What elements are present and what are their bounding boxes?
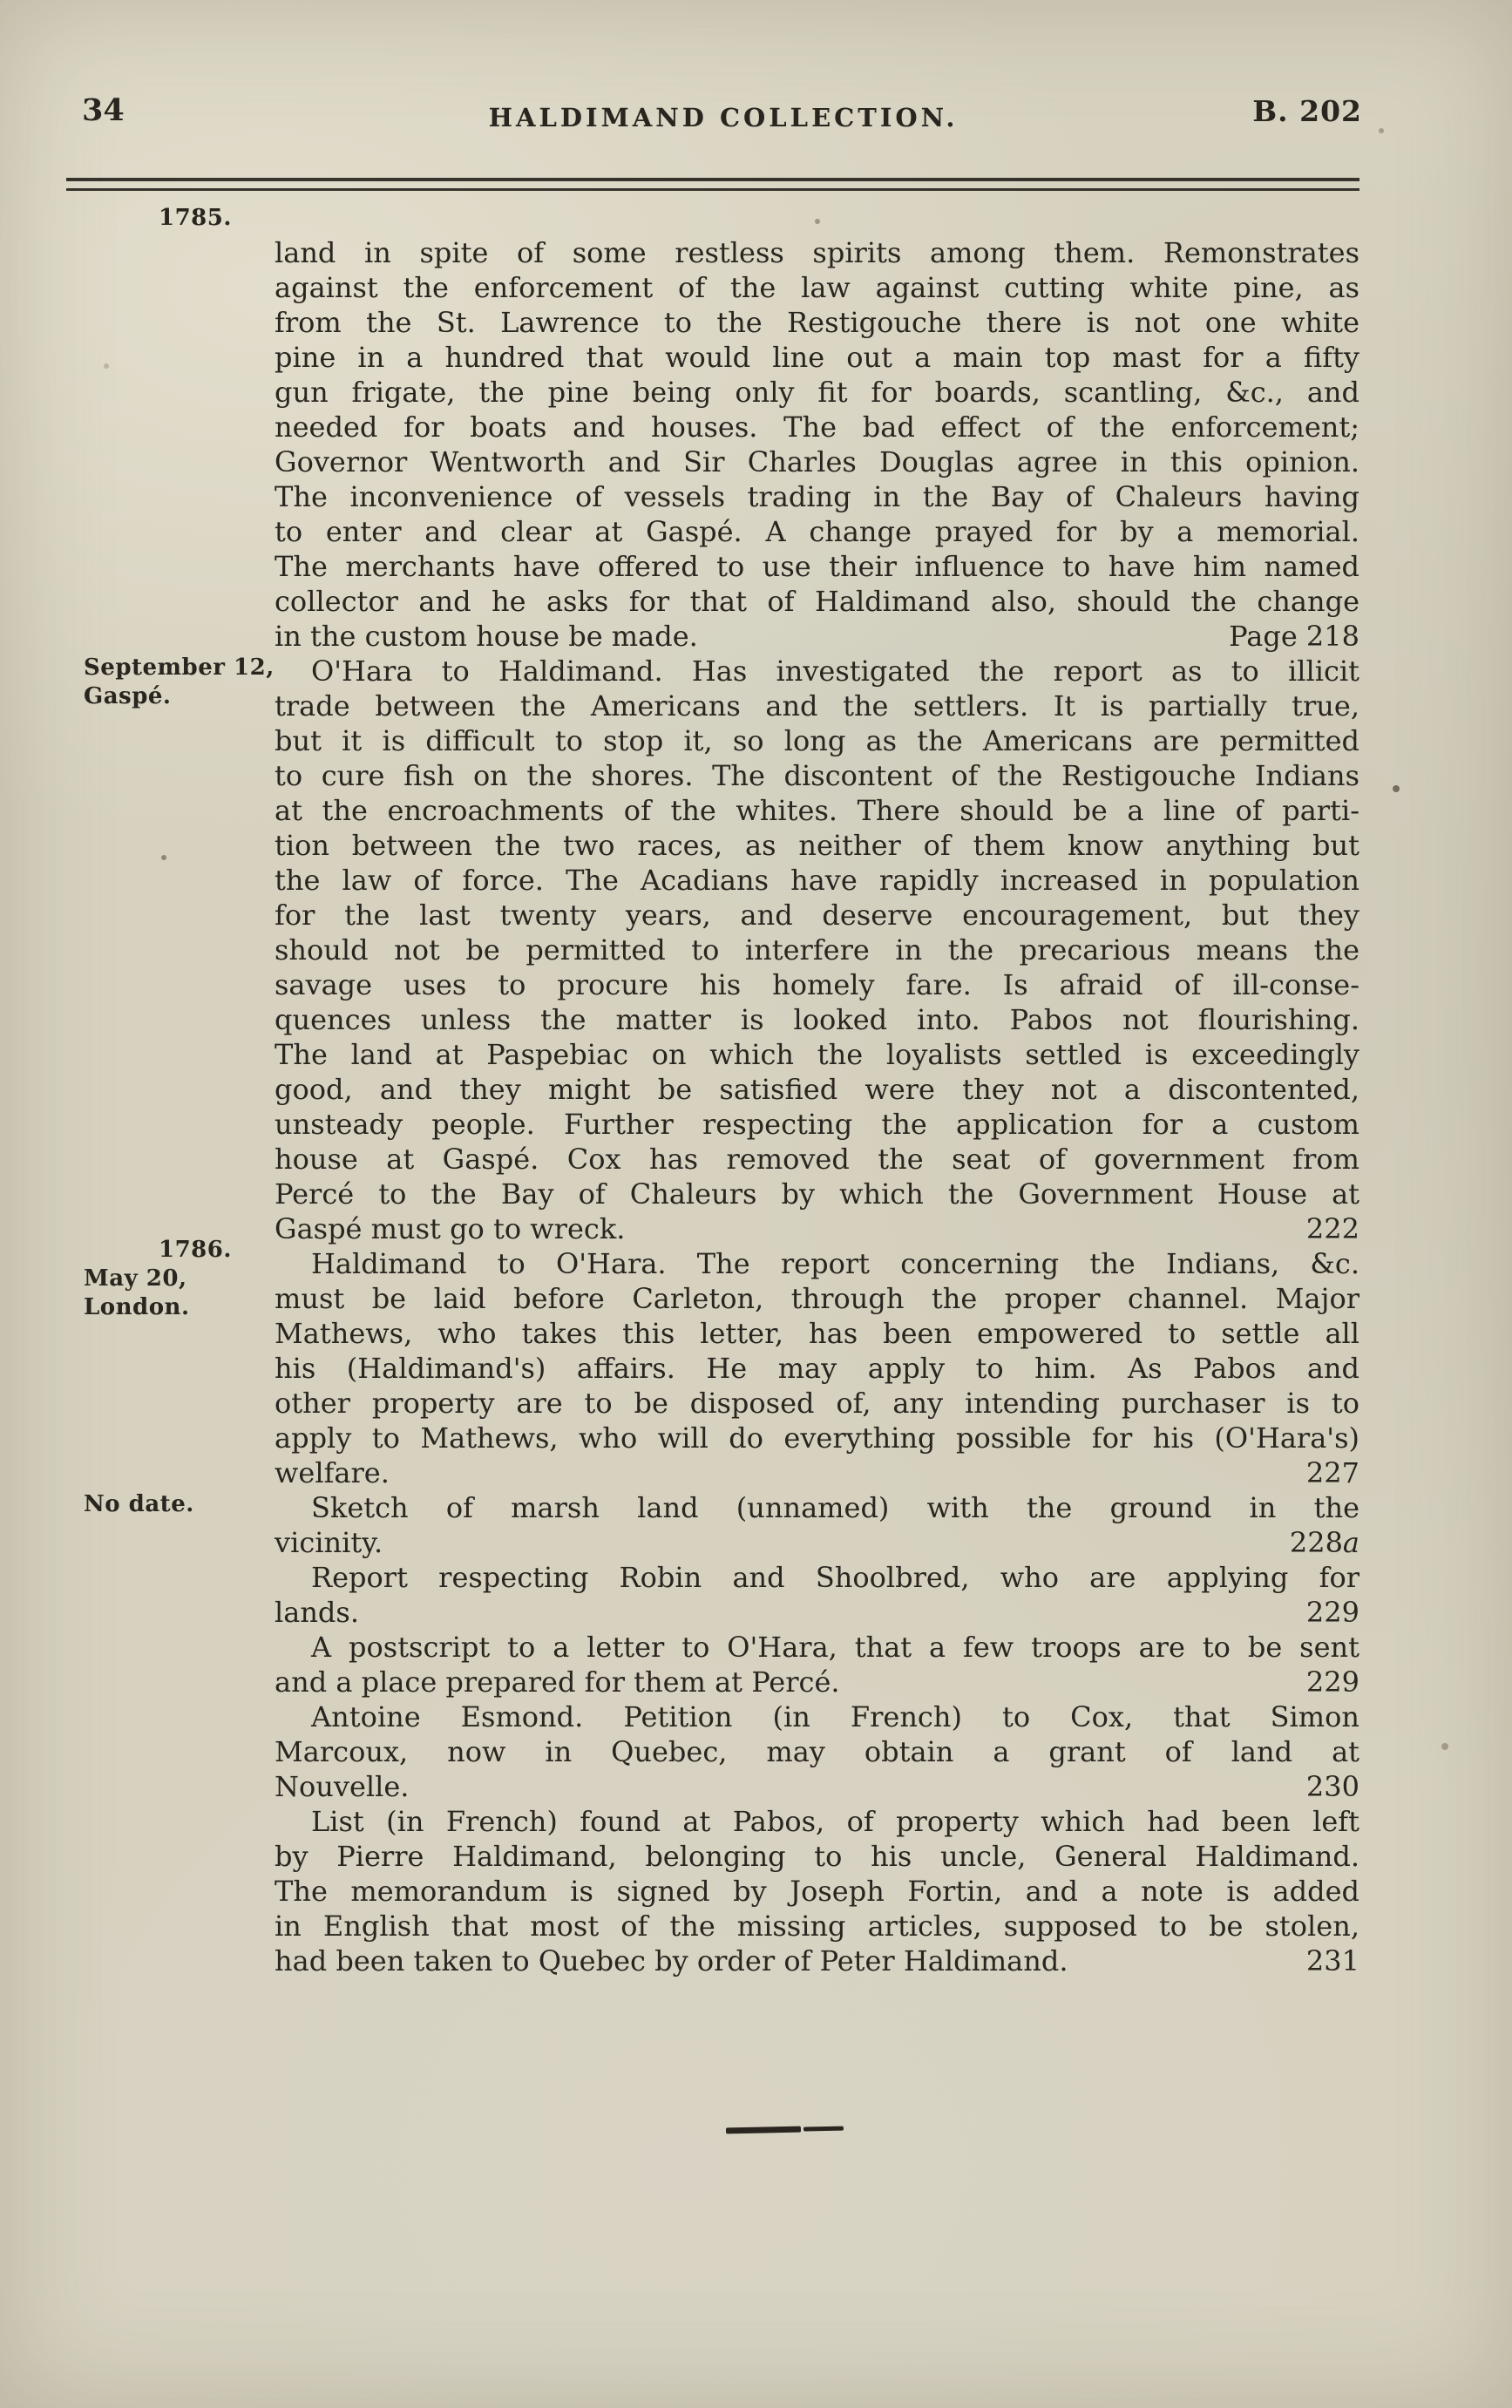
- entry-text: land in spite of some restless spirits a…: [275, 235, 1359, 654]
- end-rule: [726, 2126, 844, 2134]
- text-line: quences unless the matter is looked into…: [275, 1002, 1359, 1037]
- margin-note-line: 1785.: [84, 204, 275, 233]
- margin-note-line: London.: [84, 1293, 275, 1322]
- margin-note: 1785.: [0, 204, 275, 654]
- text-line-last: Gaspé must go to wreck.222: [275, 1211, 1359, 1246]
- text-line: the law of force. The Acadians have rapi…: [275, 863, 1359, 898]
- text-line: against the enforcement of the law again…: [275, 270, 1359, 305]
- text-line: tion between the two races, as neither o…: [275, 828, 1359, 863]
- margin-note: 1786.May 20,London.: [0, 1236, 275, 1490]
- page-ref: 228a: [1264, 1525, 1359, 1560]
- page-ref-number: 227: [1306, 1456, 1359, 1489]
- text-line-last: in the custom house be made.Page 218: [275, 619, 1359, 654]
- text-line: to enter and clear at Gaspé. A change pr…: [275, 514, 1359, 549]
- catalog-entry: No date.Sketch of marsh land (unnamed) w…: [0, 1490, 1359, 1560]
- text-line-tail: in the custom house be made.: [275, 619, 698, 654]
- text-line: unsteady people. Further respecting the …: [275, 1107, 1359, 1142]
- text-line: A postscript to a letter to O'Hara, that…: [275, 1630, 1359, 1665]
- catalog-entry: September 12,Gaspé.O'Hara to Haldimand. …: [0, 654, 1359, 1246]
- text-line: but it is difficult to stop it, so long …: [275, 723, 1359, 758]
- text-line-tail: lands.: [275, 1595, 359, 1630]
- text-line: O'Hara to Haldimand. Has investigated th…: [275, 654, 1359, 688]
- text-line: trade between the Americans and the sett…: [275, 688, 1359, 723]
- text-line: at the encroachments of the whites. Ther…: [275, 793, 1359, 828]
- scan-specks: [0, 0, 3, 3]
- text-line: in English that most of the missing arti…: [275, 1909, 1359, 1943]
- entry-text: Antoine Esmond. Petition (in French) to …: [275, 1699, 1359, 1804]
- text-line-tail: had been taken to Quebec by order of Pet…: [275, 1943, 1068, 1978]
- entry-text: Sketch of marsh land (unnamed) with the …: [275, 1490, 1359, 1560]
- page-number: 34: [82, 92, 125, 128]
- margin-note-line: 1786.: [84, 1236, 275, 1265]
- text-line: The land at Paspebiac on which the loyal…: [275, 1037, 1359, 1072]
- margin-note: [0, 1804, 275, 1978]
- text-line: by Pierre Haldimand, belonging to his un…: [275, 1839, 1359, 1874]
- page-ref-number: 230: [1306, 1770, 1359, 1803]
- text-line: The inconvenience of vessels trading in …: [275, 479, 1359, 514]
- text-line: needed for boats and houses. The bad eff…: [275, 410, 1359, 444]
- catalog-entry: Antoine Esmond. Petition (in French) to …: [0, 1699, 1359, 1804]
- document-page: 34 HALDIMAND COLLECTION. B. 202 1785.lan…: [0, 0, 1512, 2408]
- margin-note: [0, 1560, 275, 1630]
- page-ref: 222: [1280, 1211, 1359, 1246]
- margin-note: [0, 1630, 275, 1699]
- text-line: his (Haldimand's) affairs. He may apply …: [275, 1351, 1359, 1386]
- margin-note-line: No date.: [84, 1490, 275, 1519]
- page-ref: 230: [1280, 1769, 1359, 1804]
- page-ref: 227: [1280, 1455, 1359, 1490]
- text-line: Sketch of marsh land (unnamed) with the …: [275, 1490, 1359, 1525]
- text-line-tail: welfare.: [275, 1455, 390, 1490]
- text-line: collector and he asks for that of Haldim…: [275, 584, 1359, 619]
- page-ref-number: 231: [1306, 1944, 1359, 1977]
- catalog-entry: A postscript to a letter to O'Hara, that…: [0, 1630, 1359, 1699]
- catalog-entry: Report respecting Robin and Shoolbred, w…: [0, 1560, 1359, 1630]
- entry-text: Haldimand to O'Hara. The report concerni…: [275, 1246, 1359, 1490]
- volume-reference: B. 202: [1252, 94, 1362, 128]
- entry-text: O'Hara to Haldimand. Has investigated th…: [275, 654, 1359, 1246]
- page-title: HALDIMAND COLLECTION.: [489, 103, 959, 132]
- margin-note-line: September 12,: [84, 654, 275, 682]
- text-line-tail: Nouvelle.: [275, 1769, 409, 1804]
- margin-note: No date.: [0, 1490, 275, 1560]
- margin-note-line: May 20,: [84, 1265, 275, 1293]
- entry-text: List (in French) found at Pabos, of prop…: [275, 1804, 1359, 1978]
- page-ref-number: Page 218: [1229, 620, 1359, 653]
- text-line: should not be permitted to interfere in …: [275, 933, 1359, 967]
- margin-note-line: Gaspé.: [84, 682, 275, 711]
- text-line: Percé to the Bay of Chaleurs by which th…: [275, 1177, 1359, 1211]
- text-line: Marcoux, now in Quebec, may obtain a gra…: [275, 1734, 1359, 1769]
- text-line: Haldimand to O'Hara. The report concerni…: [275, 1246, 1359, 1281]
- text-line: List (in French) found at Pabos, of prop…: [275, 1804, 1359, 1839]
- text-line-last: and a place prepared for them at Percé.2…: [275, 1665, 1359, 1699]
- text-line-tail: vicinity.: [275, 1525, 383, 1560]
- text-line: apply to Mathews, who will do everything…: [275, 1421, 1359, 1455]
- margin-note: September 12,Gaspé.: [0, 654, 275, 1246]
- page-ref-number: 228: [1290, 1526, 1343, 1559]
- text-line-tail: Gaspé must go to wreck.: [275, 1211, 625, 1246]
- text-line: other property are to be disposed of, an…: [275, 1386, 1359, 1421]
- text-line: The memorandum is signed by Joseph Forti…: [275, 1874, 1359, 1909]
- text-line: from the St. Lawrence to the Restigouche…: [275, 305, 1359, 340]
- text-line: must be laid before Carleton, through th…: [275, 1281, 1359, 1316]
- text-line: house at Gaspé. Cox has removed the seat…: [275, 1142, 1359, 1177]
- page-ref: 231: [1280, 1943, 1359, 1978]
- text-line-tail: and a place prepared for them at Percé.: [275, 1665, 840, 1699]
- page-ref: Page 218: [1203, 619, 1359, 654]
- text-line: Report respecting Robin and Shoolbred, w…: [275, 1560, 1359, 1595]
- text-line: land in spite of some restless spirits a…: [275, 235, 1359, 270]
- text-line-last: lands.229: [275, 1595, 1359, 1630]
- page-ref: 229: [1280, 1665, 1359, 1699]
- text-line-last: vicinity.228a: [275, 1525, 1359, 1560]
- catalog-entry: 1785.land in spite of some restless spir…: [0, 235, 1359, 654]
- text-line: pine in a hundred that would line out a …: [275, 340, 1359, 375]
- text-line: Governor Wentworth and Sir Charles Dougl…: [275, 444, 1359, 479]
- text-line: to cure fish on the shores. The disconte…: [275, 758, 1359, 793]
- page-ref-number: 229: [1306, 1596, 1359, 1629]
- entry-text: A postscript to a letter to O'Hara, that…: [275, 1630, 1359, 1699]
- page-ref-number: 222: [1306, 1212, 1359, 1245]
- text-line: good, and they might be satisfied were t…: [275, 1072, 1359, 1107]
- text-line: The merchants have offered to use their …: [275, 549, 1359, 584]
- text-line: gun frigate, the pine being only fit for…: [275, 375, 1359, 410]
- text-line: Mathews, who takes this letter, has been…: [275, 1316, 1359, 1351]
- entries: 1785.land in spite of some restless spir…: [0, 235, 1359, 1978]
- end-rule-segment: [803, 2127, 844, 2132]
- page-ref-number: 229: [1306, 1665, 1359, 1699]
- text-line-last: had been taken to Quebec by order of Pet…: [275, 1943, 1359, 1978]
- page-ref-suffix: a: [1343, 1526, 1359, 1559]
- text-line: for the last twenty years, and deserve e…: [275, 898, 1359, 933]
- margin-note: [0, 1699, 275, 1804]
- header-rule: [66, 178, 1359, 191]
- end-rule-segment: [726, 2127, 801, 2134]
- page-ref: 229: [1280, 1595, 1359, 1630]
- entry-text: Report respecting Robin and Shoolbred, w…: [275, 1560, 1359, 1630]
- text-line-last: welfare.227: [275, 1455, 1359, 1490]
- text-line-last: Nouvelle.230: [275, 1769, 1359, 1804]
- catalog-entry: 1786.May 20,London.Haldimand to O'Hara. …: [0, 1246, 1359, 1490]
- text-line: Antoine Esmond. Petition (in French) to …: [275, 1699, 1359, 1734]
- text-line: savage uses to procure his homely fare. …: [275, 967, 1359, 1002]
- catalog-entry: List (in French) found at Pabos, of prop…: [0, 1804, 1359, 1978]
